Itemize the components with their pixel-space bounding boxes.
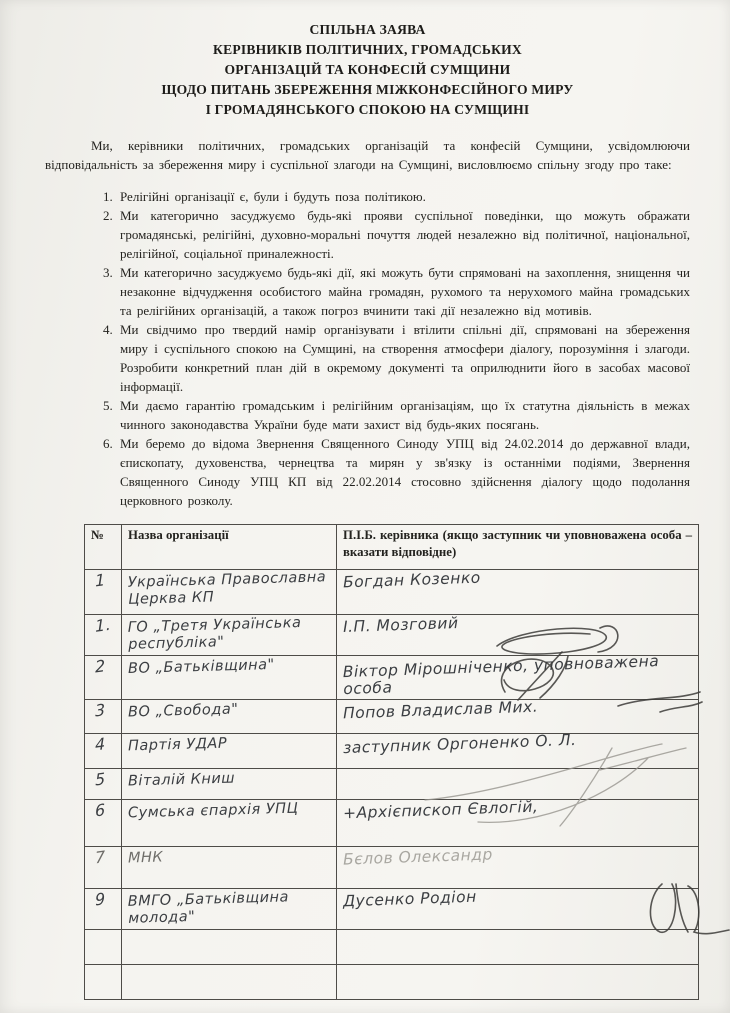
cell-organization: ВО „Свобода" xyxy=(122,700,337,734)
handwritten-number: 9 xyxy=(91,890,106,909)
title-line: ЩОДО ПИТАНЬ ЗБЕРЕЖЕННЯ МІЖКОНФЕСІЙНОГО М… xyxy=(45,80,690,100)
table-row: 1. ГО „Третя Українська республіка" І.П.… xyxy=(85,615,699,656)
table-row: 7 МНК Бєлов Олександр xyxy=(85,847,699,889)
handwritten-number: 7 xyxy=(91,848,106,867)
handwritten-signature-text: Богдан Козенко xyxy=(343,570,481,592)
handwritten-organization: ВО „Батьківщина" xyxy=(128,657,275,678)
table-row: 4 Партія УДАР заступник Оргоненко О. Л. xyxy=(85,734,699,769)
cell-number: 6 xyxy=(85,800,122,847)
cell-number: 9 xyxy=(85,889,122,930)
handwritten-organization: Віталій Книш xyxy=(128,771,236,791)
cell-number xyxy=(85,965,122,1000)
handwritten-number xyxy=(91,980,95,981)
cell-person xyxy=(337,930,699,965)
table-row: 9 ВМГО „Батьківщина молода" Дусенко Роді… xyxy=(85,889,699,930)
cell-number xyxy=(85,930,122,965)
handwritten-signature-text: Дусенко Родіон xyxy=(343,889,477,911)
statement-point: Ми категорично засуджуємо будь-які дії, … xyxy=(118,263,690,320)
table-row: 2 ВО „Батьківщина" Віктор Мірошніченко, … xyxy=(85,656,699,700)
cell-person xyxy=(337,769,699,800)
cell-number: 7 xyxy=(85,847,122,889)
cell-organization: Віталій Книш xyxy=(122,769,337,800)
handwritten-signature-text: Попов Владислав Мих. xyxy=(343,700,539,723)
statement-point: Релігійні організації є, були і будуть п… xyxy=(118,187,690,206)
document-title: СПІЛЬНА ЗАЯВА КЕРІВНИКІВ ПОЛІТИЧНИХ, ГРО… xyxy=(45,20,690,120)
statement-point: Ми беремо до відома Звернення Священного… xyxy=(118,434,690,510)
cell-organization xyxy=(122,965,337,1000)
table-row: 1 Українська Православна Церква КП Богда… xyxy=(85,570,699,615)
handwritten-organization: МНК xyxy=(128,850,164,868)
signatories-table: № Назва організації П.І.Б. керівника (як… xyxy=(84,524,699,1000)
statement-point: Ми категорично засуджуємо будь-які прояв… xyxy=(118,206,690,263)
cell-person: І.П. Мозговий xyxy=(337,615,699,656)
table-row xyxy=(85,965,699,1000)
cell-number: 5 xyxy=(85,769,122,800)
cell-person: Дусенко Родіон xyxy=(337,889,699,930)
cell-person: Віктор Мірошніченко, уповноважена особа xyxy=(337,656,699,700)
intro-paragraph: Ми, керівники політичних, громадських ор… xyxy=(45,136,690,174)
handwritten-signature-text: Віктор Мірошніченко, уповноважена особа xyxy=(343,656,693,699)
handwritten-number: 1 xyxy=(91,571,106,590)
handwritten-number: 2 xyxy=(91,657,106,676)
cell-number: 3 xyxy=(85,700,122,734)
table-row: 5 Віталій Книш xyxy=(85,769,699,800)
cell-person xyxy=(337,965,699,1000)
document-content: СПІЛЬНА ЗАЯВА КЕРІВНИКІВ ПОЛІТИЧНИХ, ГРО… xyxy=(0,0,730,1000)
statement-points-list: Релігійні організації є, були і будуть п… xyxy=(45,187,690,510)
handwritten-number: 1. xyxy=(91,616,112,636)
handwritten-signature-text: І.П. Мозговий xyxy=(343,615,459,636)
cell-person: +Архієпископ Євлогій, xyxy=(337,800,699,847)
handwritten-organization: ГО „Третя Українська республіка" xyxy=(128,615,331,654)
handwritten-signature-text: +Архієпископ Євлогій, xyxy=(343,800,539,823)
cell-number: 1. xyxy=(85,615,122,656)
cell-organization: МНК xyxy=(122,847,337,889)
table-row xyxy=(85,930,699,965)
handwritten-number: 6 xyxy=(91,801,106,820)
header-number: № xyxy=(85,525,122,570)
cell-organization: ВМГО „Батьківщина молода" xyxy=(122,889,337,930)
statement-point: Ми свідчимо про твердий намір організува… xyxy=(118,320,690,396)
cell-person: заступник Оргоненко О. Л. xyxy=(337,734,699,769)
title-line: КЕРІВНИКІВ ПОЛІТИЧНИХ, ГРОМАДСЬКИХ xyxy=(45,40,690,60)
table-row: 6 Сумська єпархія УПЦ +Архієпископ Євлог… xyxy=(85,800,699,847)
handwritten-number: 5 xyxy=(91,770,106,789)
cell-organization: ГО „Третя Українська республіка" xyxy=(122,615,337,656)
title-line: І ГРОМАДЯНСЬКОГО СПОКОЮ НА СУМЩИНІ xyxy=(45,100,690,120)
cell-number: 1 xyxy=(85,570,122,615)
table-row: 3 ВО „Свобода" Попов Владислав Мих. xyxy=(85,700,699,734)
handwritten-signature-text: заступник Оргоненко О. Л. xyxy=(343,734,577,758)
header-person: П.І.Б. керівника (якщо заступник чи упов… xyxy=(337,525,699,570)
cell-organization xyxy=(122,930,337,965)
title-line: СПІЛЬНА ЗАЯВА xyxy=(45,20,690,40)
cell-organization: ВО „Батьківщина" xyxy=(122,656,337,700)
handwritten-organization: Українська Православна Церква КП xyxy=(128,570,331,609)
title-line: ОРГАНІЗАЦІЙ ТА КОНФЕСІЙ СУМЩИНИ xyxy=(45,60,690,80)
cell-number: 4 xyxy=(85,734,122,769)
handwritten-number: 3 xyxy=(91,701,106,720)
cell-organization: Сумська єпархія УПЦ xyxy=(122,800,337,847)
signatories-table-body: 1 Українська Православна Церква КП Богда… xyxy=(85,570,699,1000)
cell-number: 2 xyxy=(85,656,122,700)
handwritten-organization: Партія УДАР xyxy=(128,736,228,756)
handwritten-organization: Сумська єпархія УПЦ xyxy=(128,801,299,823)
handwritten-number xyxy=(91,945,95,946)
cell-person: Попов Владислав Мих. xyxy=(337,700,699,734)
table-header-row: № Назва організації П.І.Б. керівника (як… xyxy=(85,525,699,570)
handwritten-number: 4 xyxy=(91,735,106,754)
cell-person: Бєлов Олександр xyxy=(337,847,699,889)
cell-person: Богдан Козенко xyxy=(337,570,699,615)
handwritten-signature-text: Бєлов Олександр xyxy=(343,847,493,869)
handwritten-organization: ВО „Свобода" xyxy=(128,701,239,721)
cell-organization: Партія УДАР xyxy=(122,734,337,769)
cell-organization: Українська Православна Церква КП xyxy=(122,570,337,615)
scanned-document-page: СПІЛЬНА ЗАЯВА КЕРІВНИКІВ ПОЛІТИЧНИХ, ГРО… xyxy=(0,0,730,1013)
statement-point: Ми даємо гарантію громадським і релігійн… xyxy=(118,396,690,434)
handwritten-organization: ВМГО „Батьківщина молода" xyxy=(128,889,331,928)
header-organization: Назва організації xyxy=(122,525,337,570)
